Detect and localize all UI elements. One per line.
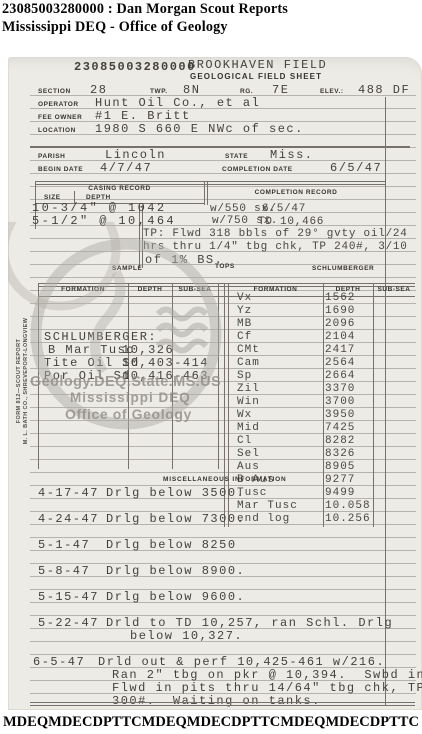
- footer-item: PTTC: [242, 714, 281, 731]
- sheet-title: GEOLOGICAL FIELD SHEET: [190, 72, 322, 81]
- fee-owner-value: #1 E. Britt: [95, 110, 191, 122]
- tops-row-formation: CMt: [237, 344, 260, 356]
- tops-row-formation: SCHLUMBERGER:: [44, 331, 157, 343]
- tops-row-formation: Sel: [237, 448, 260, 460]
- total-depth-entry: TD 10,466: [258, 216, 324, 228]
- printer-text: M. L. BATH CO., SHREVEPORT-LONGVIEW: [23, 281, 30, 481]
- test-line: of 1% BS.: [145, 254, 223, 266]
- footer-item: PTTC: [380, 714, 419, 731]
- misc-entry-text: below 10,327.: [130, 630, 243, 642]
- misc-entry-text: Ran 2" tbg on pkr @ 10,394. Swbd in.: [112, 669, 422, 681]
- misc-entry-text: Drlg below 3500.: [106, 487, 245, 499]
- misc-entry-date: 5-15-47: [38, 591, 99, 603]
- tops-table-header-underline: [38, 296, 415, 297]
- tops-row-depth: 2096: [325, 318, 355, 330]
- tops-row-depth: 1562: [325, 292, 355, 304]
- tops-row-formation: Mid: [237, 422, 260, 434]
- footer-item: MDECD: [325, 714, 380, 731]
- tops-row-depth: 2417: [325, 344, 355, 356]
- page-subtitle: Mississippi DEQ - Office of Geology: [2, 19, 228, 36]
- tops-row-formation: Cf: [237, 331, 252, 343]
- tops-row-formation: Zil: [237, 383, 260, 395]
- misc-entry-text: Drld out & perf 10,425-461 w/216.: [98, 656, 385, 668]
- tops-row-formation: MB: [237, 318, 252, 330]
- elev-label: ELEV.:: [320, 88, 344, 95]
- tops-row-depth: 2664: [325, 370, 355, 382]
- misc-entry-date: 4-17-47: [38, 487, 99, 499]
- subsea-column-header: SUB-SEA: [373, 286, 415, 293]
- misc-entry-text: Drld to TD 10,257, ran Schl. Drlg: [106, 617, 393, 629]
- misc-entry-date: 5-8-47: [38, 565, 90, 577]
- test-line: hrs thru 1/4" tbg chk, TP 240#, 3/10: [143, 241, 408, 253]
- completion-date-label: COMPLETION DATE: [222, 166, 293, 173]
- location-value: 1980 S 660 E NWc of sec.: [95, 123, 304, 135]
- rg-value: 7E: [272, 84, 289, 96]
- footer-item: PTTC: [103, 714, 142, 731]
- completion-date-value: 6/5/47: [330, 162, 382, 174]
- misc-entry-date: 5-1-47: [38, 539, 90, 551]
- footer-stamp-row: MDEQ MDECD PTTC MDEQ MDECD PTTC MDEQ MDE…: [0, 711, 422, 734]
- begin-date-value: 4/7/47: [100, 162, 152, 174]
- footer-item: MDEQ: [280, 714, 325, 731]
- subsea-column-header: SUB-SEA: [172, 286, 218, 293]
- misc-entry-date: 6-5-47: [33, 656, 85, 668]
- misc-entry-text: Drlg below 8250: [106, 539, 237, 551]
- misc-info-title: MISCELLANEOUS INFORMATION: [163, 476, 287, 483]
- tops-row-formation: Yz: [237, 305, 252, 317]
- footer-item: MDECD: [48, 714, 103, 731]
- right-margin-line: [385, 97, 386, 705]
- completion-date-entry: 6/5/47: [262, 203, 306, 215]
- elev-value: 488 DF: [358, 84, 410, 96]
- tops-label: TOPS: [215, 263, 235, 270]
- tops-row-depth: 10,403-414: [122, 357, 209, 369]
- tops-row-depth: 10.058: [325, 500, 371, 512]
- operator-value: Hunt Oil Co., et al: [95, 97, 260, 109]
- casing-row-size-depth: 10-3/4" @ 1042: [32, 202, 166, 214]
- watermark-url: Geology.DEQ.State.MS.US: [30, 374, 221, 390]
- tops-row-formation: Wx: [237, 409, 252, 421]
- state-label: STATE: [225, 153, 248, 160]
- rg-label: RG.: [240, 88, 253, 95]
- twp-value: 8N: [183, 84, 200, 96]
- section-label: SECTION: [38, 88, 71, 95]
- tops-row-depth: 2104: [325, 331, 355, 343]
- tops-row-depth: 3700: [325, 396, 355, 408]
- tops-row-formation: Vx: [237, 292, 252, 304]
- operator-label: OPERATOR: [38, 101, 79, 108]
- depth-column-header: DEPTH: [128, 286, 172, 293]
- tops-row-depth: 9277: [325, 474, 355, 486]
- misc-entry-text: Drlg below 8900.: [106, 565, 245, 577]
- casing-record-title: CASING RECORD: [35, 185, 204, 192]
- completion-record-title: COMPLETION RECORD: [207, 189, 385, 196]
- footer-item: MDEQ: [142, 714, 187, 731]
- tops-row-depth: 2564: [325, 357, 355, 369]
- footer-item: MDEQ: [3, 714, 48, 731]
- scout-report-page: { "page": { "header_line1": "23085003280…: [0, 0, 422, 734]
- misc-entry-text: Drlg below 7300.: [106, 513, 245, 525]
- casing-row-size-depth: 5-1/2" @ 10,464: [32, 215, 176, 227]
- tops-row-depth: 8282: [325, 435, 355, 447]
- twp-label: TWP.: [150, 88, 168, 95]
- schlumberger-label: SCHLUMBERGER: [312, 265, 374, 272]
- tops-row-depth: 3950: [325, 409, 355, 421]
- fee-owner-label: FEE OWNER: [38, 114, 82, 121]
- misc-entry-date: 5-22-47: [38, 617, 99, 629]
- footer-item: MDECD: [187, 714, 242, 731]
- test-line: TP: Flwd 318 bbls of 29° gvty oil/24: [143, 228, 408, 240]
- formation-column-header: FORMATION: [38, 286, 128, 293]
- form-side-imprint: FORM 812—SCOUT REPORT M. L. BATH CO., SH…: [16, 281, 30, 481]
- tops-row-depth: 1690: [325, 305, 355, 317]
- casing-box-right-line: [204, 181, 205, 205]
- tops-row-depth: 8326: [325, 448, 355, 460]
- sheet-bottom-line2: [30, 705, 415, 706]
- casing-box-top-line: [35, 181, 385, 182]
- location-label: LOCATION: [38, 127, 76, 134]
- begin-date-label: BEGIN DATE: [38, 166, 83, 173]
- tops-row-depth: 10.256: [325, 513, 371, 525]
- tops-row-formation: Cl: [237, 435, 252, 447]
- right-table-line: [373, 283, 374, 527]
- tops-table-top-line: [38, 283, 415, 284]
- tops-row-formation: Mar Tusc: [237, 500, 298, 512]
- misc-entry-text: Flwd in pits thru 14/64" tbg chk, TP: [112, 682, 422, 694]
- tops-row-depth: 9499: [325, 487, 355, 499]
- form-number-text: FORM 812—SCOUT REPORT: [16, 281, 23, 481]
- watermark-org: Mississippi DEQ: [70, 390, 191, 405]
- tops-row-formation: Win: [237, 396, 260, 408]
- sheet-bottom-line: [30, 702, 415, 703]
- watermark-office: Office of Geology: [65, 406, 192, 422]
- tops-row-formation: Cam: [237, 357, 260, 369]
- depth-column-header: DEPTH: [86, 194, 111, 201]
- state-value: Miss.: [270, 149, 314, 161]
- well-number: 23085003280000: [74, 61, 196, 73]
- right-table-line: [323, 283, 324, 527]
- size-column-header: SIZE: [44, 194, 61, 201]
- tops-row-depth: 7425: [325, 422, 355, 434]
- tops-row-formation: Aus: [237, 461, 260, 473]
- parish-label: PARISH: [38, 153, 65, 160]
- tops-row-depth: 10,326: [122, 344, 174, 356]
- tops-row-depth: 8905: [325, 461, 355, 473]
- page-title: 23085003280000 : Dan Morgan Scout Report…: [2, 1, 288, 18]
- tops-row-formation: Sp: [237, 370, 252, 382]
- section-value: 28: [90, 84, 107, 96]
- field-name: BROOKHAVEN FIELD: [188, 59, 327, 71]
- scanned-field-sheet: FORM 812—SCOUT REPORT M. L. BATH CO., SH…: [8, 57, 422, 710]
- section-divider: [30, 146, 410, 148]
- parish-value: Lincoln: [105, 149, 166, 161]
- misc-entry-text: Drlg below 9600.: [106, 591, 245, 603]
- sample-label: SAMPLE: [112, 265, 142, 272]
- misc-entry-date: 4-24-47: [38, 513, 99, 525]
- tops-row-depth: 3370: [325, 383, 355, 395]
